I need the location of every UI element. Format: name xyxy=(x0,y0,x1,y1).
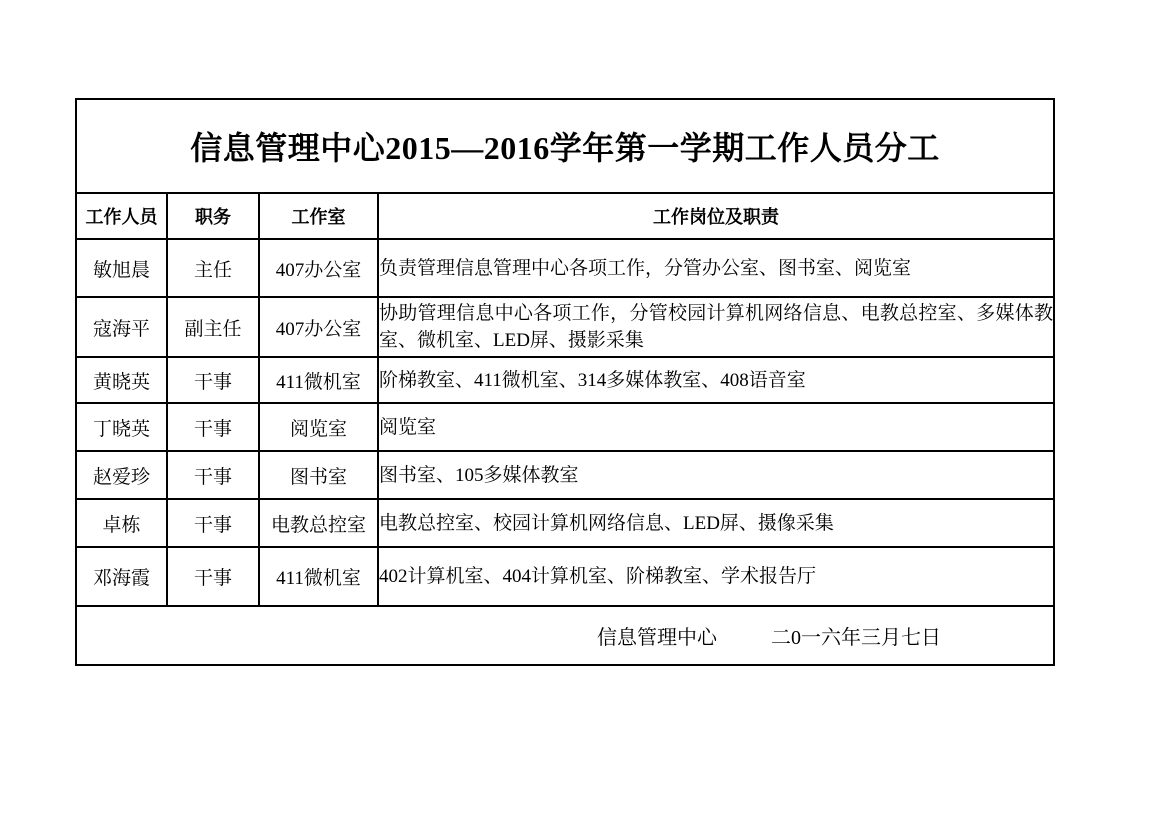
table-row: 黄晓英 干事 411微机室 阶梯教室、411微机室、314多媒体教室、408语音… xyxy=(76,357,1054,403)
staff-name-cell: 卓栋 xyxy=(76,499,167,547)
signature-line: 信息管理中心 二0一六年三月七日 xyxy=(77,621,1053,650)
table-row: 敏旭晨 主任 407办公室 负责管理信息管理中心各项工作，分管办公室、图书室、阅… xyxy=(76,239,1054,297)
position-cell: 干事 xyxy=(167,403,259,451)
footer-date: 二0一六年三月七日 xyxy=(771,621,941,650)
table-row: 丁晓英 干事 阅览室 阅览室 xyxy=(76,403,1054,451)
staff-name-cell: 寇海平 xyxy=(76,297,167,357)
column-header-position: 职务 xyxy=(167,193,259,239)
table-row: 邓海霞 干事 411微机室 402计算机室、404计算机室、阶梯教室、学术报告厅 xyxy=(76,547,1054,606)
office-cell: 411微机室 xyxy=(259,547,378,606)
office-cell: 电教总控室 xyxy=(259,499,378,547)
table-row: 赵爱珍 干事 图书室 图书室、105多媒体教室 xyxy=(76,451,1054,499)
duties-cell: 402计算机室、404计算机室、阶梯教室、学术报告厅 xyxy=(378,547,1054,606)
document-page: 信息管理中心2015—2016学年第一学期工作人员分工 工作人员 职务 工作室 … xyxy=(0,0,1169,826)
staff-name-cell: 敏旭晨 xyxy=(76,239,167,297)
office-cell: 407办公室 xyxy=(259,297,378,357)
duties-cell: 电教总控室、校园计算机网络信息、LED屏、摄像采集 xyxy=(378,499,1054,547)
duties-cell: 协助管理信息中心各项工作，分管校园计算机网络信息、电教总控室、多媒体教室、微机室… xyxy=(378,297,1054,357)
position-cell: 副主任 xyxy=(167,297,259,357)
page-title: 信息管理中心2015—2016学年第一学期工作人员分工 xyxy=(76,99,1054,193)
position-cell: 干事 xyxy=(167,499,259,547)
office-cell: 407办公室 xyxy=(259,239,378,297)
duties-cell: 负责管理信息管理中心各项工作，分管办公室、图书室、阅览室 xyxy=(378,239,1054,297)
duties-cell: 阅览室 xyxy=(378,403,1054,451)
footer-row: 信息管理中心 二0一六年三月七日 xyxy=(76,606,1054,665)
position-cell: 主任 xyxy=(167,239,259,297)
duties-cell: 阶梯教室、411微机室、314多媒体教室、408语音室 xyxy=(378,357,1054,403)
footer-org: 信息管理中心 xyxy=(597,621,717,650)
signature-cell: 信息管理中心 二0一六年三月七日 xyxy=(76,606,1054,665)
office-cell: 阅览室 xyxy=(259,403,378,451)
office-cell: 411微机室 xyxy=(259,357,378,403)
position-cell: 干事 xyxy=(167,451,259,499)
duties-cell: 图书室、105多媒体教室 xyxy=(378,451,1054,499)
title-row: 信息管理中心2015—2016学年第一学期工作人员分工 xyxy=(76,99,1054,193)
staff-name-cell: 邓海霞 xyxy=(76,547,167,606)
header-row: 工作人员 职务 工作室 工作岗位及职责 xyxy=(76,193,1054,239)
staff-name-cell: 赵爱珍 xyxy=(76,451,167,499)
column-header-office: 工作室 xyxy=(259,193,378,239)
column-header-staff: 工作人员 xyxy=(76,193,167,239)
staff-name-cell: 黄晓英 xyxy=(76,357,167,403)
table-row: 卓栋 干事 电教总控室 电教总控室、校园计算机网络信息、LED屏、摄像采集 xyxy=(76,499,1054,547)
position-cell: 干事 xyxy=(167,547,259,606)
staff-duty-table: 信息管理中心2015—2016学年第一学期工作人员分工 工作人员 职务 工作室 … xyxy=(75,98,1055,666)
column-header-duties: 工作岗位及职责 xyxy=(378,193,1054,239)
staff-name-cell: 丁晓英 xyxy=(76,403,167,451)
office-cell: 图书室 xyxy=(259,451,378,499)
position-cell: 干事 xyxy=(167,357,259,403)
table-row: 寇海平 副主任 407办公室 协助管理信息中心各项工作，分管校园计算机网络信息、… xyxy=(76,297,1054,357)
